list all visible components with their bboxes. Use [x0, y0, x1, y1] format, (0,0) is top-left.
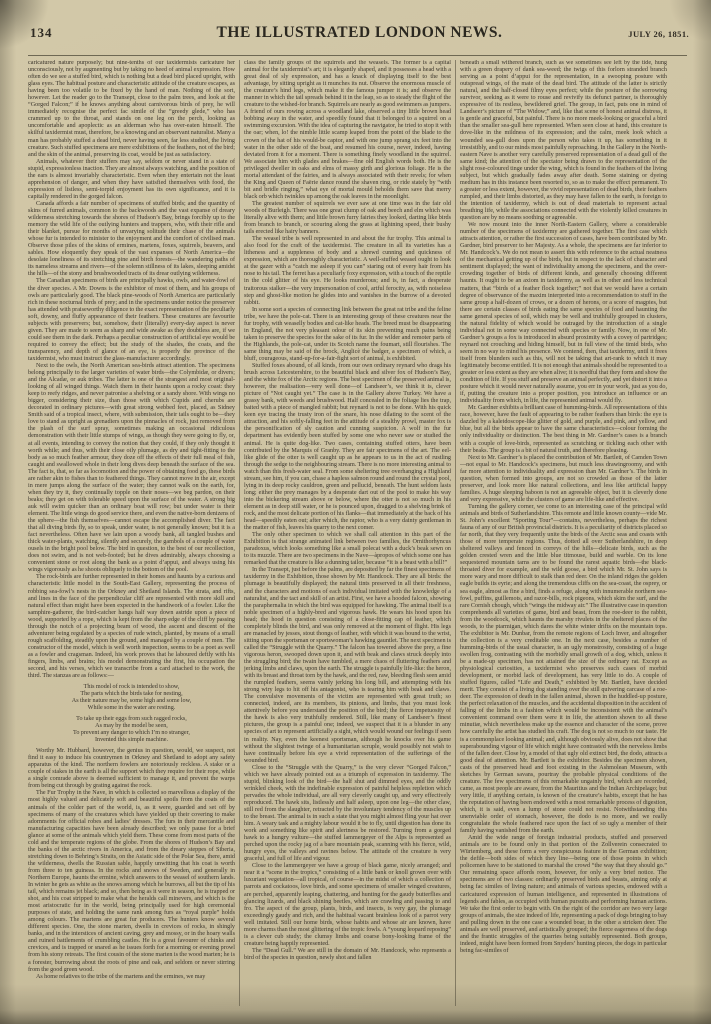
paragraph: Animals, whatever their stuffers may say… [28, 159, 235, 201]
paragraph: Turning the gallery corner, we come to a… [460, 504, 667, 835]
paragraph: The Canadian specimens of birds are prin… [28, 278, 235, 363]
newspaper-page: 134 THE ILLUSTRATED LONDON NEWS. JULY 26… [0, 0, 711, 1024]
page-header: 134 THE ILLUSTRATED LONDON NEWS. JULY 26… [30, 24, 689, 50]
poem-stanza: To take up their eggs from such ragged r… [28, 716, 235, 744]
paragraph: We now mount into the inner North-Easter… [460, 222, 667, 405]
paragraph: The “Dead Gull.” We are still in the dom… [244, 948, 451, 962]
paragraph: Next to Mr. Gardner’s is placed the cont… [460, 455, 667, 504]
poem-stanza: This model of rock is intended to show, … [28, 684, 235, 712]
paragraph: The greatest number of squirrels we ever… [244, 201, 451, 236]
page-number: 134 [30, 25, 150, 41]
article-columns: caricatured nature purposely; but nine-t… [28, 60, 689, 1006]
paragraph: caricatured nature purposely; but nine-t… [28, 60, 235, 159]
paragraph: Next to the owls, the North American sea… [28, 363, 235, 574]
paragraph: As home relatives to the tribe of the ma… [28, 974, 235, 981]
paragraph: Close to the lammergeyer we have a group… [244, 863, 451, 948]
paragraph: Mr. Gardner exhibits a brilliant case of… [460, 405, 667, 454]
paragraph: Stuffed foxes abound, of all kinds, from… [244, 363, 451, 532]
paragraph: In the Transept, just before the palms, … [244, 567, 451, 764]
column-2: class the family groups of the squirrels… [244, 60, 451, 1008]
paragraph: In some sort a species of connecting lin… [244, 307, 451, 363]
column-1: caricatured nature purposely; but nine-t… [28, 60, 235, 1008]
paragraph: The only other specimen to which we shal… [244, 532, 451, 567]
paragraph: Close to the “Struggle with the Quarry,”… [244, 765, 451, 864]
paragraph: Amid the wide range of foreign industria… [460, 835, 667, 955]
issue-date: JULY 26, 1851. [569, 29, 689, 39]
header-rule [28, 55, 687, 56]
paragraph: Canada affords a fair number of specimen… [28, 201, 235, 279]
column-divider [455, 60, 456, 1006]
paragraph: The rock-birds are further represented i… [28, 574, 235, 680]
paragraph: The Fur Trophy in the Nave, in which is … [28, 790, 235, 973]
masthead-title: THE ILLUSTRATED LONDON NEWS. [150, 24, 569, 42]
column-3: beneath a small withered branch, such as… [460, 60, 667, 1008]
column-divider [239, 60, 240, 1006]
paragraph: class the family groups of the squirrels… [244, 60, 451, 201]
paragraph: The weasel tribe is well represented in … [244, 236, 451, 306]
paragraph: beneath a small withered branch, such as… [460, 60, 667, 222]
paragraph: Worthy Mr. Hubbard, however, the genius … [28, 748, 235, 790]
